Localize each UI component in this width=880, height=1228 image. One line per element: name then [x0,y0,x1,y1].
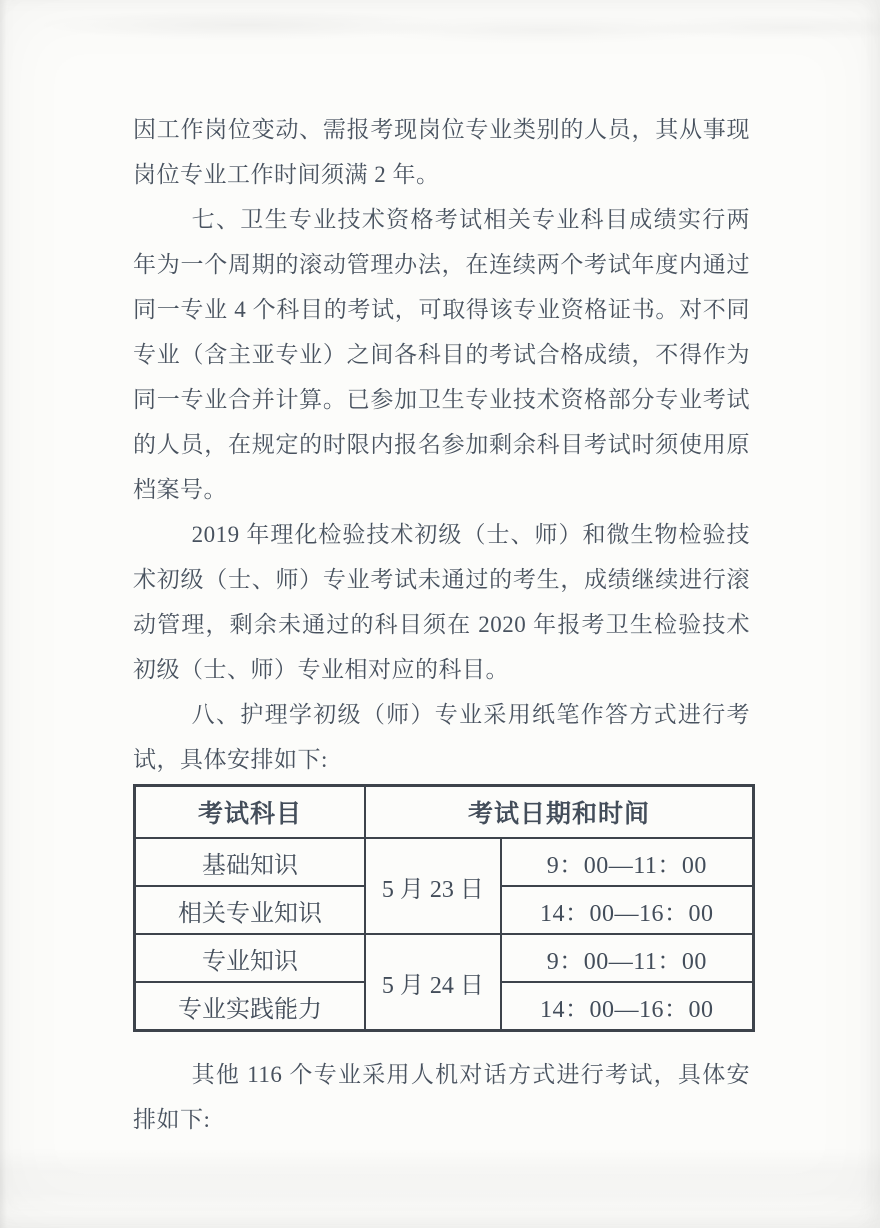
document-body: 因工作岗位变动、需报考现岗位专业类别的人员，其从事现岗位专业工作时间须满 2 年… [133,0,750,1142]
scan-shadow-left-edge [0,0,7,1228]
scan-shadow-bottom [0,1148,880,1214]
subject-cell: 专业知识 [135,934,366,982]
time-cell: 9：00—11：00 [501,934,754,982]
paragraph-item8-nursing-paper-exam: 八、护理学初级（师）专业采用纸笔作答方式进行考试，具体安排如下: [133,692,750,782]
header-cell-subject: 考试科目 [135,786,366,839]
date-cell-may24: 5 月 24 日 [365,934,501,1031]
exam-schedule-table: 考试科目 考试日期和时间 基础知识 5 月 23 日 9：00—11：00 相关… [133,784,755,1032]
paragraph-other-specialties-computer-exam: 其他 116 个专业采用人机对话方式进行考试，具体安排如下: [133,1052,750,1142]
date-cell-may23: 5 月 23 日 [365,838,501,934]
table-header-row: 考试科目 考试日期和时间 [135,786,754,839]
header-cell-datetime: 考试日期和时间 [365,786,753,839]
table-row: 专业知识 5 月 24 日 9：00—11：00 [135,934,754,982]
paragraph-continuation-job-change: 因工作岗位变动、需报考现岗位专业类别的人员，其从事现岗位专业工作时间须满 2 年… [133,107,750,197]
time-cell: 14：00—16：00 [501,886,754,934]
paragraph-2019-lab-tech-rollover: 2019 年理化检验技术初级（士、师）和微生物检验技术初级（士、师）专业考试未通… [133,512,750,692]
time-cell: 9：00—11：00 [501,838,754,886]
subject-cell: 相关专业知识 [135,886,366,934]
subject-cell: 基础知识 [135,838,366,886]
subject-cell: 专业实践能力 [135,982,366,1031]
paragraph-item7-rolling-score-policy: 七、卫生专业技术资格考试相关专业科目成绩实行两年为一个周期的滚动管理办法，在连续… [133,197,750,512]
table-row: 基础知识 5 月 23 日 9：00—11：00 [135,838,754,886]
scanned-document-page: 因工作岗位变动、需报考现岗位专业类别的人员，其从事现岗位专业工作时间须满 2 年… [0,0,880,1228]
time-cell: 14：00—16：00 [501,982,754,1031]
